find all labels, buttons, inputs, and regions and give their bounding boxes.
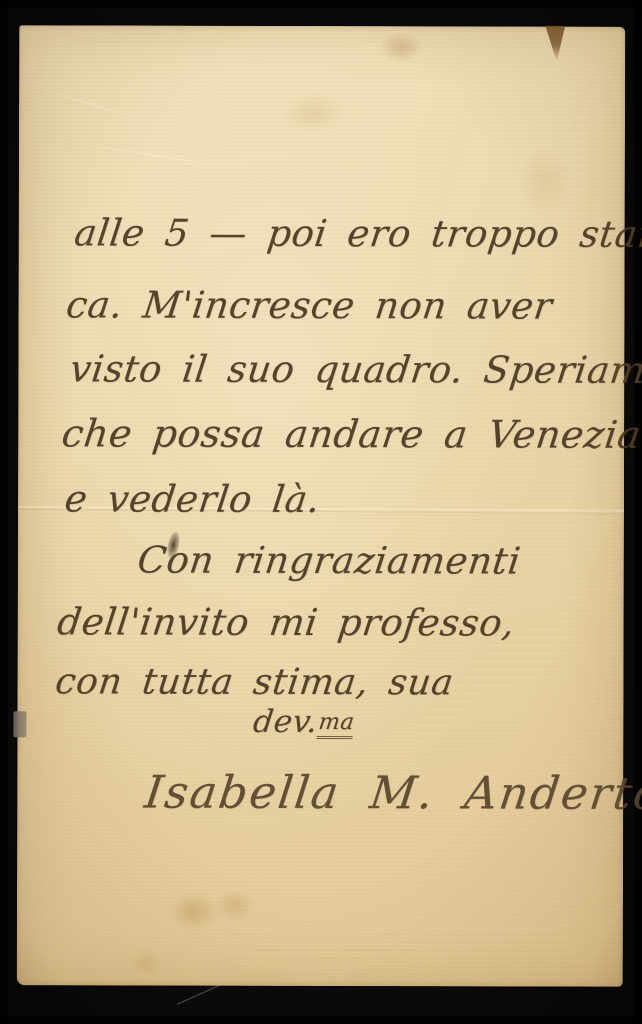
letter-line-8: con tutta stima, sua xyxy=(53,661,456,703)
letter-line-2: ca. M'incresce non aver xyxy=(64,283,555,327)
foxing-stain xyxy=(215,890,255,922)
diagonal-crease xyxy=(75,142,223,168)
letter-line-1: alle 5 — poi ero troppo stan- xyxy=(72,211,642,256)
hinge-remnant xyxy=(13,711,26,737)
foxing-stain xyxy=(379,32,423,62)
foxing-stain xyxy=(519,147,573,217)
diagonal-crease xyxy=(30,84,155,124)
letter-line-4: che possa andare a Venezia xyxy=(59,411,642,457)
foxing-stain xyxy=(129,949,163,975)
letter-line-6: Con ringraziamenti xyxy=(135,539,523,583)
surface-scratch xyxy=(177,984,221,1004)
letter-line-5: e vederlo là. xyxy=(62,477,322,521)
foxing-stain xyxy=(281,92,345,134)
top-edge-tear-stain xyxy=(545,26,565,62)
valediction-superscript: ma xyxy=(317,709,356,739)
photo-background: alle 5 — poi ero troppo stan- ca. M'incr… xyxy=(0,0,642,1024)
signature: Isabella M. Anderton xyxy=(142,766,642,820)
foxing-stain xyxy=(169,892,219,932)
valediction-abbreviation: dev.ma xyxy=(251,704,356,740)
letter-page: alle 5 — poi ero troppo stan- ca. M'incr… xyxy=(17,25,626,987)
letter-line-3: visto il suo quadro. Speriamo xyxy=(68,347,642,392)
valediction-pre: dev. xyxy=(251,704,320,740)
letter-line-7: dell'invito mi professo, xyxy=(55,600,517,644)
